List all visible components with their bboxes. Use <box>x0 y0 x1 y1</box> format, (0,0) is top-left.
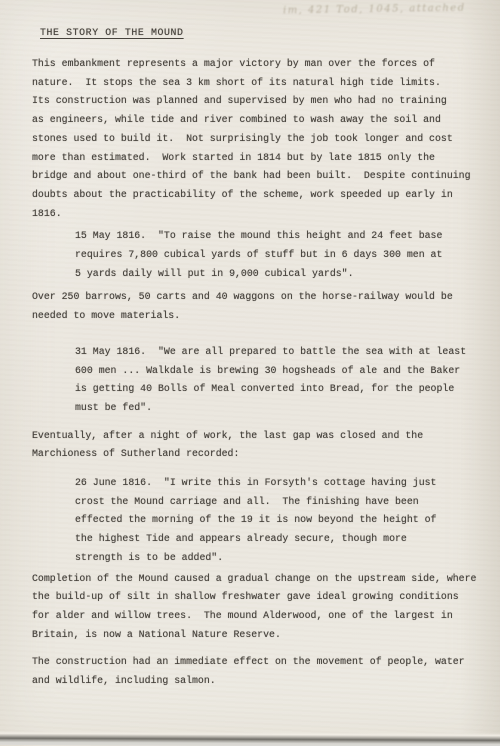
quote-26-june-1816: 26 June 1816. "I write this in Forsyth's… <box>32 474 482 568</box>
paragraph-immediate-effect: The construction had an immediate effect… <box>32 653 482 690</box>
paragraph-completion-effects: Completion of the Mound caused a gradual… <box>32 570 482 645</box>
document-content: THE STORY OF THE MOUND This embankment r… <box>0 0 500 691</box>
page-title: THE STORY OF THE MOUND <box>40 27 482 38</box>
paper-bottom-edge <box>0 731 500 746</box>
paragraph-barrows-carts: Over 250 barrows, 50 carts and 40 waggon… <box>32 288 482 325</box>
quote-15-may-1816: 15 May 1816. "To raise the mound this he… <box>32 227 482 283</box>
paragraph-last-gap-closed: Eventually, after a night of work, the l… <box>32 427 482 464</box>
document-page: im, 421 Tod, 1045, attached THE STORY OF… <box>0 0 500 746</box>
quote-31-may-1816: 31 May 1816. "We are all prepared to bat… <box>32 343 482 418</box>
paragraph-introduction: This embankment represents a major victo… <box>32 55 482 223</box>
